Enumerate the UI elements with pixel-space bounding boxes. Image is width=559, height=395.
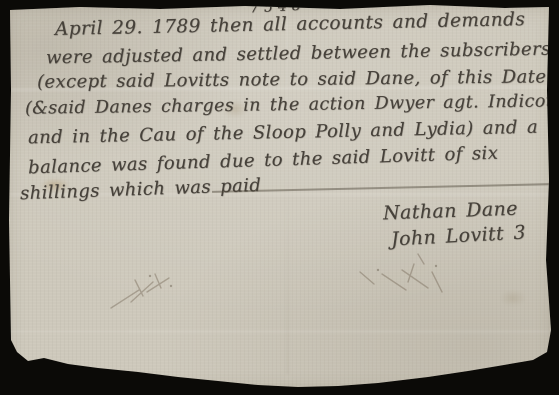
scanner-background: 7548 April 29. 1789 then all accounts an… [0,0,559,395]
stitch-marks-left [105,266,215,318]
paper-crease [10,330,550,333]
paper-stain [500,290,526,306]
manuscript-line-1: April 29. 1789 then all accounts and dem… [55,11,526,39]
signature-nathan-dane: Nathan Dane [383,200,518,224]
manuscript-line-2: were adjusted and settled between the su… [46,41,551,68]
stitch-marks-right [348,252,468,308]
manuscript-line-4: (&said Danes charges in the action Dwyer… [25,93,559,118]
manuscript-paper: 7548 April 29. 1789 then all accounts an… [0,0,559,395]
signature-john-lovitt: John Lovitt 3 [391,223,527,249]
ink-rule-line [212,183,550,192]
manuscript-line-6: balance was found due to the said Lovitt… [28,145,499,178]
